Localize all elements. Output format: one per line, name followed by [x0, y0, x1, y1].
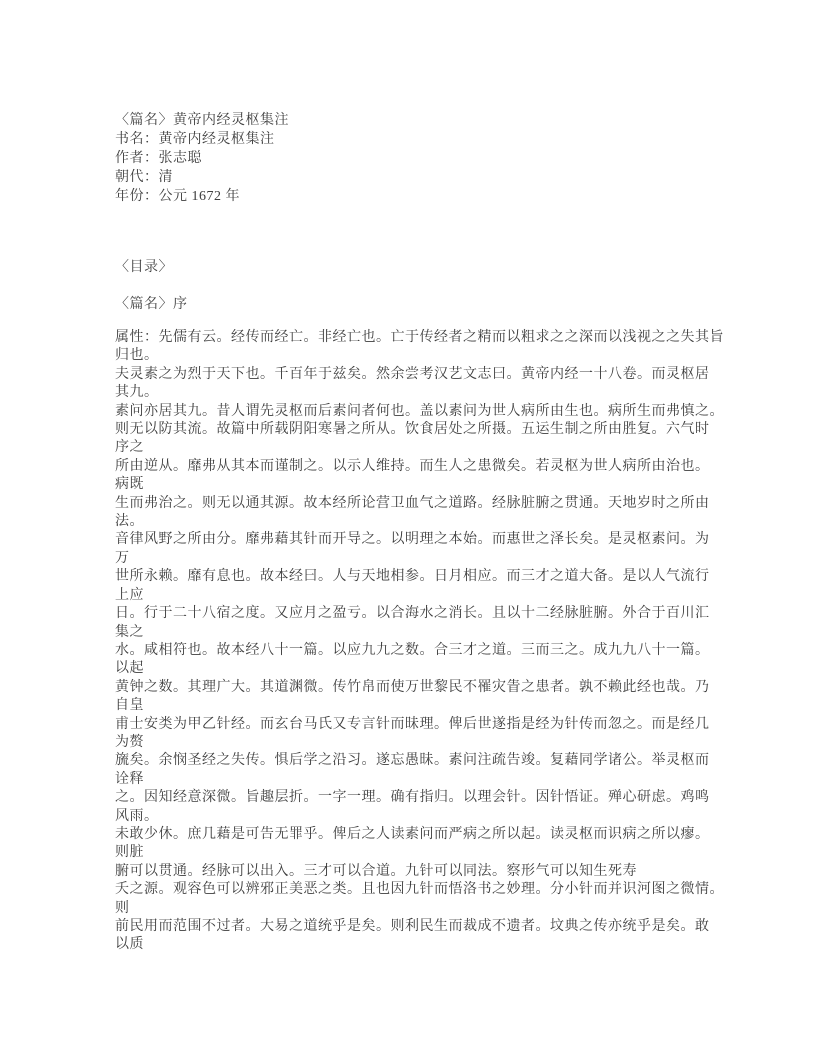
preface-body-text: 属性：先儒有云。经传而经亡。非经亡也。亡于传经者之精而以粗求之之深而以浅视之之失… — [115, 329, 725, 955]
toc-heading: 〈目录〉 — [115, 258, 725, 277]
document-content: 〈篇名〉黄帝内经灵枢集注 书名：黄帝内经灵枢集注 作者：张志聪 朝代：清 年份：… — [115, 111, 725, 955]
section-heading-preface: 〈篇名〉序 — [115, 295, 725, 314]
document-page: 〈篇名〉黄帝内经灵枢集注 书名：黄帝内经灵枢集注 作者：张志聪 朝代：清 年份：… — [0, 0, 816, 1056]
document-metadata-header: 〈篇名〉黄帝内经灵枢集注 书名：黄帝内经灵枢集注 作者：张志聪 朝代：清 年份：… — [115, 111, 725, 206]
